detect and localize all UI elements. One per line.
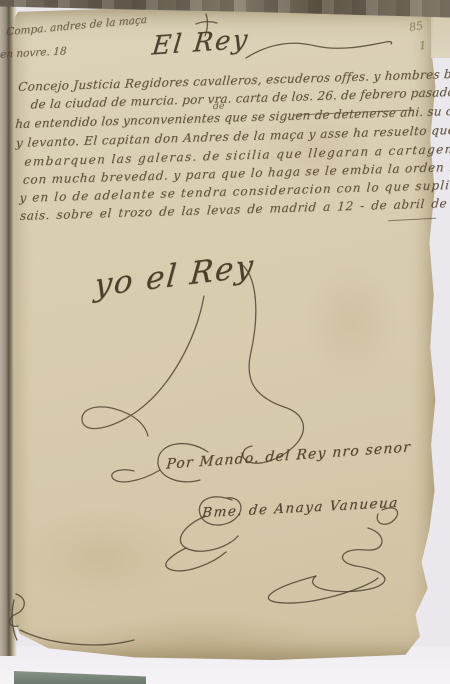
folio-number: 85 [408, 19, 424, 34]
folio-subnumber: 1 [418, 39, 426, 53]
interline-insert: de [213, 101, 225, 112]
adjacent-page-corner [431, 12, 450, 58]
manuscript-scan: Compa. andres de la maça en novre. 18 El… [0, 0, 450, 684]
binding-gutter-left [0, 6, 17, 656]
